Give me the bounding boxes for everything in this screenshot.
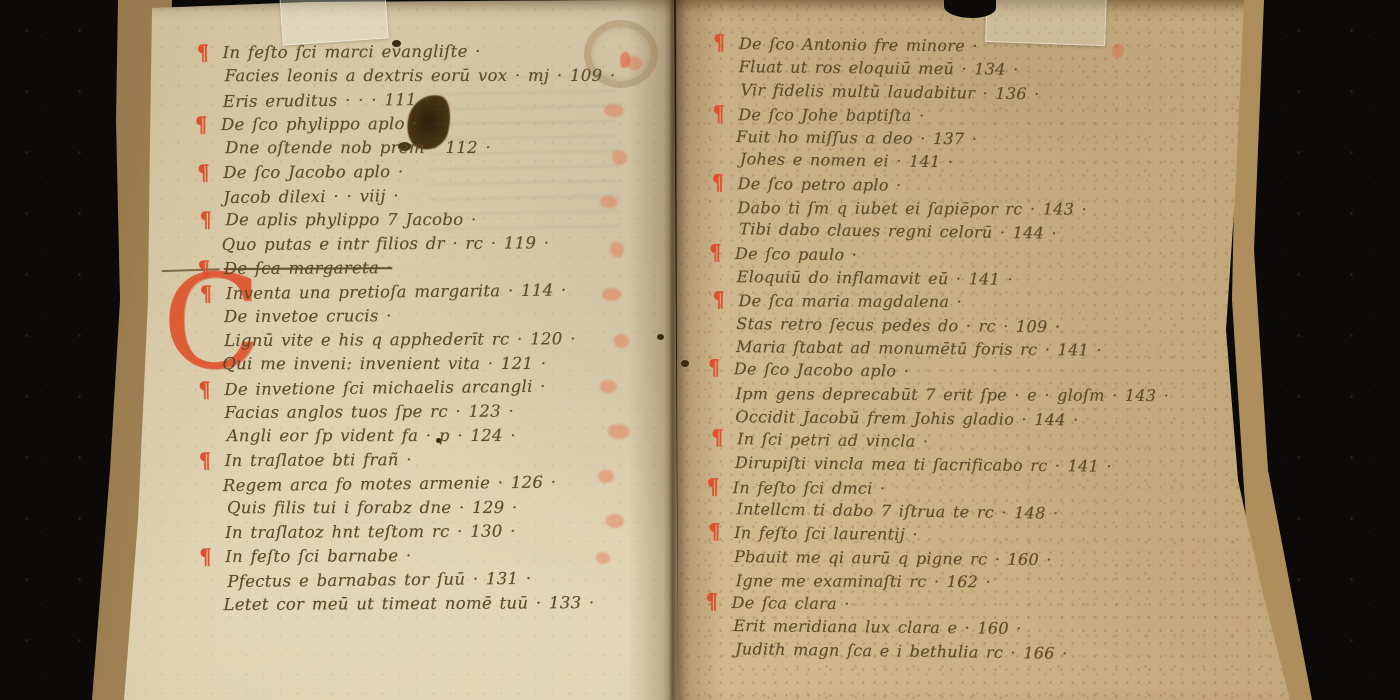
manuscript-line: Facies leonis a dextris eorū vox · mj · …: [197, 64, 635, 88]
wormhole: [657, 334, 664, 340]
manuscript-line: ¶Inventa una pretioſa margarita · 114 ·: [198, 278, 636, 307]
line-text: De ſco Antonio fre minore ·: [739, 34, 978, 55]
manuscript-line: ¶In feſto ſci marci evangliſte ·: [194, 39, 634, 65]
paraph-mark: ¶: [709, 240, 722, 266]
manuscript-line: ¶De ſco Johe baptiſta ·: [710, 103, 1170, 128]
line-text: Dne oſtende nob prem · 112 ·: [225, 138, 491, 157]
paraph-mark: ¶: [708, 520, 721, 546]
manuscript-line: Qui me inveni: invenient vita · 121 ·: [194, 352, 636, 376]
line-text: Tibi dabo claues regni celorū · 144 ·: [739, 220, 1057, 243]
manuscript-line: ¶De ſco phylippo aplo ·: [193, 111, 635, 137]
line-text: De invetione ſci michaelis arcangli ·: [224, 377, 546, 399]
line-text: Judith magn ſca e i bethulia rc · 166 ·: [735, 639, 1068, 663]
manuscript-line: ¶In feſto ſci barnabe ·: [197, 543, 637, 569]
line-text: Pbauit me qi aurū q pigne rc · 160 ·: [734, 547, 1052, 569]
manuscript-line: ¶De ſca margareta ·: [196, 255, 636, 281]
paraph-mark: ¶: [711, 425, 724, 451]
line-text: Facias anglos tuos ſpe rc · 123 ·: [224, 401, 514, 422]
line-text: De ſco Jacobo aplo ·: [223, 162, 403, 182]
line-text: Dabo ti ſm q iubet ei ſapiēpor rc · 143 …: [737, 198, 1087, 219]
manuscript-line: Ipm gens deprecabūt 7 erit ſpe · e · glo…: [708, 382, 1168, 407]
manuscript-line: Eris eruditus · · · 111 ·: [195, 86, 635, 115]
line-text: De ſca maria magdalena ·: [738, 291, 962, 311]
manuscript-line: Letet cor meū ut timeat nomē tuū · 133 ·: [195, 591, 637, 617]
manuscript-line: Dirupiſti vincla mea ti ſacrificabo rc ·…: [707, 451, 1167, 479]
manuscript-line: Pbauit me qi aurū q pigne rc · 160 ·: [706, 544, 1166, 572]
line-text: Pfectus e barnabas tor ſuū · 131 ·: [227, 569, 531, 591]
line-text: De ſco phylippo aplo ·: [221, 114, 418, 134]
line-text: Quo putas e intr filios dr · rc · 119 ·: [222, 233, 550, 254]
manuscript-line: Dne oſtende nob prem · 112 ·: [197, 136, 635, 160]
paraph-mark: ¶: [198, 256, 211, 283]
line-text: De ſca margareta ·: [224, 258, 393, 278]
manuscript-line: Lignū vite e his q apphederīt rc · 120 ·: [196, 327, 636, 353]
line-text: De ſco paulo ·: [735, 244, 857, 264]
paraph-mark: ¶: [712, 102, 725, 128]
paraph-mark: ¶: [200, 281, 213, 308]
line-text: Occidit Jacobū frem Johis gladio · 144 ·: [735, 407, 1078, 429]
paraph-mark: ¶: [196, 40, 209, 67]
line-text: Jacob dilexi · · viij ·: [223, 186, 399, 207]
manuscript-line: Pfectus e barnabas tor ſuū · 131 ·: [199, 566, 637, 595]
line-text: Igne me examinaſti rc · 162 ·: [736, 571, 991, 591]
paraph-mark: ¶: [195, 112, 208, 139]
line-text: Quis filis tui i forabz dne · 129 ·: [227, 498, 518, 517]
manuscript-line: ¶De aplis phylippo 7 Jacobo ·: [197, 208, 635, 232]
manuscript-line: ¶In traſlatoe bti frañ ·: [197, 447, 637, 473]
book-spine-crease: [671, 0, 674, 700]
line-text: Regem arca fo motes armenie · 126 ·: [223, 473, 557, 495]
paraph-mark: ¶: [198, 377, 211, 404]
paraph-mark: ¶: [711, 170, 724, 196]
line-text: In traſlatoe bti frañ ·: [225, 450, 412, 470]
paraph-mark: ¶: [197, 160, 210, 187]
manuscript-line: ¶De invetione ſci michaelis arcangli ·: [196, 374, 636, 403]
paraph-mark: ¶: [713, 30, 726, 56]
paraph-mark: ¶: [199, 207, 211, 234]
manuscript-line: ¶De ſca maria magdalena ·: [710, 289, 1168, 314]
line-text: Maria ſtabat ad monumētū foris rc · 141 …: [736, 337, 1102, 360]
manuscript-line: Regem arca fo motes armenie · 126 ·: [195, 470, 637, 499]
line-text: In feſto ſci dmci ·: [733, 478, 886, 498]
line-text: Vir fidelis multū laudabitur · 136 ·: [740, 80, 1039, 103]
line-text: In feſto ſci barnabe ·: [225, 546, 411, 566]
line-text: In feſto ſci marci evangliſte ·: [223, 42, 481, 62]
line-text: Dirupiſti vincla mea ti ſacrificabo rc ·…: [735, 453, 1112, 476]
line-text: In ſci petri ad vincla ·: [737, 429, 928, 451]
line-text: Eris eruditus · · · 111 ·: [223, 90, 430, 111]
line-text: Johes e nomen ei · 141 ·: [740, 150, 954, 172]
line-text: Intellcm ti dabo 7 iſtrua te rc · 148 ·: [736, 499, 1058, 522]
manuscript-line: Igne me examinaſti rc · 162 ·: [708, 569, 1166, 594]
line-text: Lignū vite e his q apphederīt rc · 120 ·: [224, 329, 576, 350]
manuscript-line: Quis filis tui i forabz dne · 129 ·: [199, 496, 637, 520]
line-text: De invetoe crucis ·: [224, 306, 392, 326]
line-text: Inventa una pretioſa margarita · 114 ·: [226, 280, 567, 303]
manuscript-line: Angli eor ſp vident fa · p · 124 ·: [199, 424, 637, 448]
line-text: De ſco petro aplo ·: [737, 174, 901, 195]
left-page-text: C ¶In feſto ſci marci evangliſte ·Facies…: [194, 39, 637, 617]
right-page-text: ¶De ſco Antonio fre minore ·Fluat ut ros…: [705, 32, 1171, 665]
manuscript-line: Quo putas e intr filios dr · rc · 119 ·: [194, 231, 636, 257]
tape-patch-left: [279, 0, 388, 46]
paraph-mark: ¶: [712, 288, 725, 314]
manuscript-line: De invetoe crucis ·: [196, 303, 636, 329]
line-text: Fuit ho miſſus a deo · 137 ·: [736, 127, 977, 148]
line-text: Erit meridiana lux clara e · 160 ·: [733, 616, 1021, 638]
paraph-mark: ¶: [199, 544, 212, 571]
manuscript-line: Facias anglos tuos ſpe rc · 123 ·: [196, 399, 636, 425]
line-text: De aplis phylippo 7 Jacobo ·: [225, 210, 476, 229]
line-text: De ſca clara ·: [731, 593, 849, 613]
line-text: De ſco Jacobo aplo ·: [734, 359, 909, 380]
manuscript-line: Jacob dilexi · · viij ·: [195, 182, 635, 211]
manuscript-line: ¶De ſco petro aplo ·: [709, 172, 1169, 200]
line-text: Fluat ut ros eloquiū meū · 134 ·: [739, 57, 1019, 79]
line-text: In traſlatoz hnt teſtom rc · 130 ·: [225, 521, 516, 542]
line-text: In feſto ſci laurentij ·: [734, 523, 918, 544]
line-text: Qui me inveni: invenient vita · 121 ·: [222, 354, 546, 373]
wormhole: [681, 360, 689, 367]
paraph-mark: ¶: [708, 356, 721, 382]
line-text: Ipm gens deprecabūt 7 erit ſpe · e · glo…: [736, 385, 1170, 406]
line-text: Eloquiū do inflamavit eū · 141 ·: [737, 267, 1013, 289]
manuscript-line: In traſlatoz hnt teſtom rc · 130 ·: [197, 519, 637, 545]
line-text: De ſco Johe baptiſta ·: [738, 105, 924, 125]
manuscript-line: ¶De ſco Jacobo aplo ·: [195, 159, 635, 185]
line-text: Stas retro ſecus pedes do · rc · 109 ·: [736, 314, 1060, 336]
line-text: Angli eor ſp vident fa · p · 124 ·: [227, 426, 516, 445]
line-text: Facies leonis a dextris eorū vox · mj · …: [225, 66, 616, 85]
manuscript-photo: C ¶In feſto ſci marci evangliſte ·Facies…: [0, 0, 1400, 700]
paraph-mark: ¶: [705, 590, 718, 616]
line-text: Letet cor meū ut timeat nomē tuū · 133 ·: [223, 593, 594, 614]
paraph-mark: ¶: [199, 448, 212, 475]
